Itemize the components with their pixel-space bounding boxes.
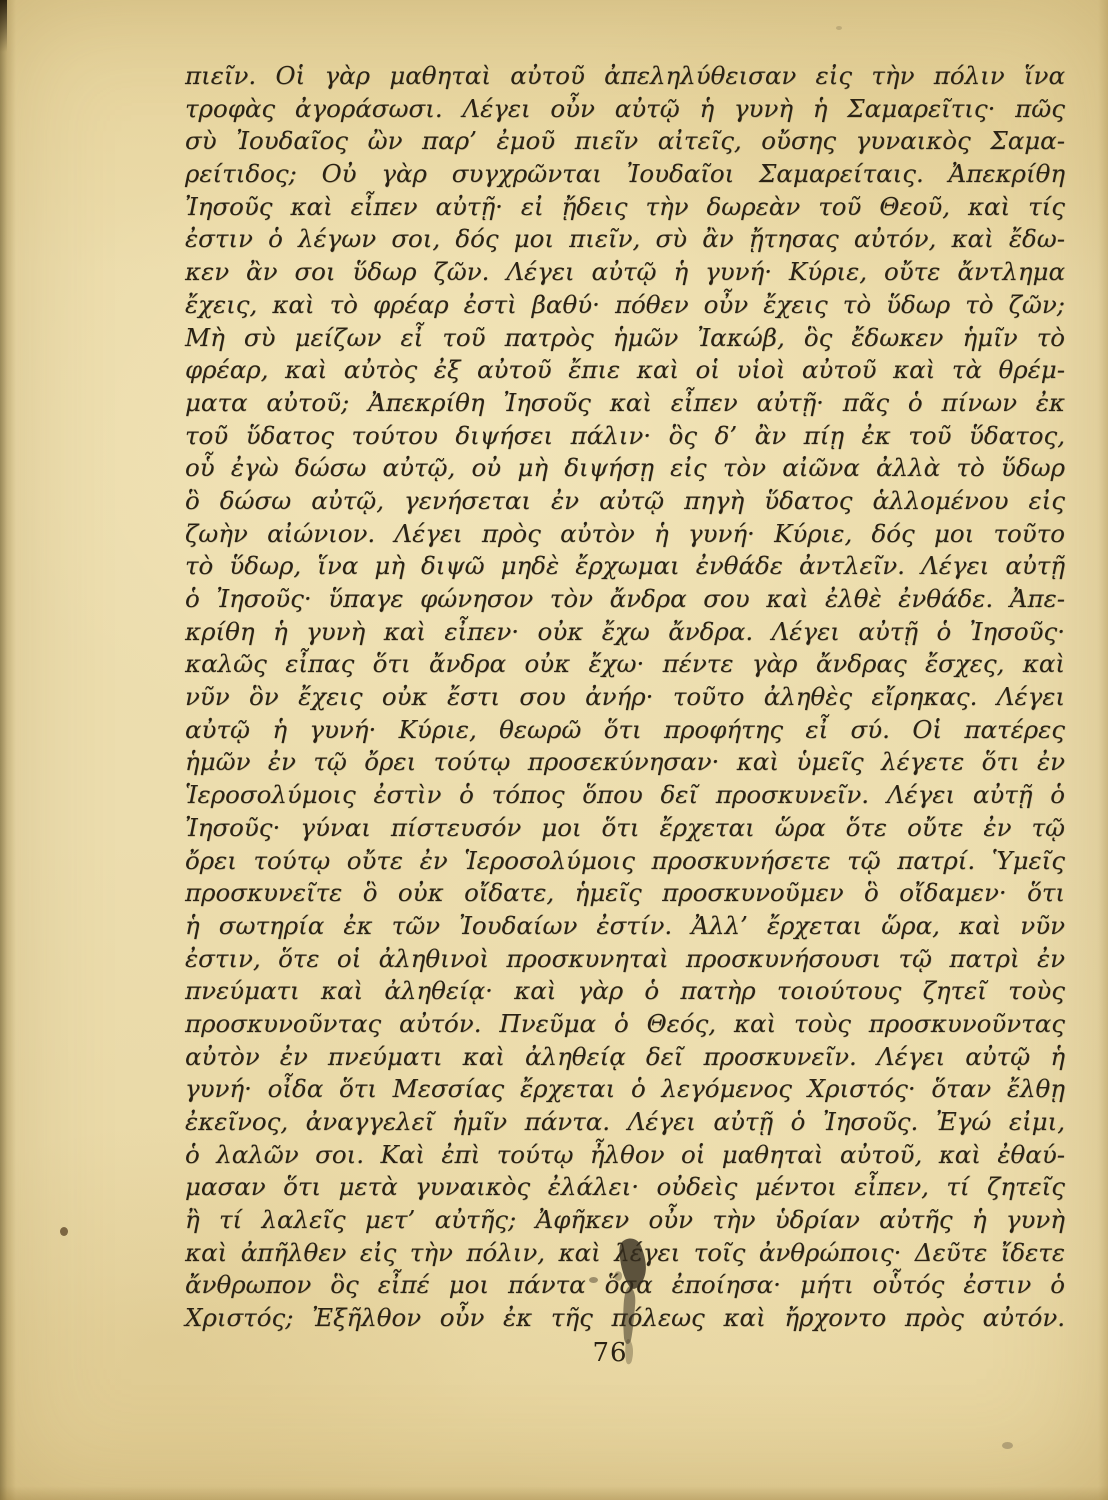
text-line: ἐστιν ὁ λέγων σοι, δός μοι πιεῖν, σὺ ἂν … — [185, 223, 1065, 256]
page-right-edge-shadow — [1098, 0, 1108, 1500]
greek-text-block: πιεῖν. Οἱ γὰρ μαθηταὶ αὐτοῦ ἀπεληλύθεισα… — [185, 60, 1065, 1335]
text-line: φρέαρ, καὶ αὐτὸς ἐξ αὐτοῦ ἔπιε καὶ οἱ υἱ… — [185, 354, 1065, 387]
text-line: αὐτῷ ἡ γυνή· Κύριε, θεωρῶ ὅτι προφήτης ε… — [185, 714, 1065, 747]
page-bottom-edge-shadow — [0, 1486, 1108, 1500]
text-line: ἄνθρωπον ὃς εἶπέ μοι πάντα ὅσα ἐποίησα· … — [185, 1269, 1065, 1302]
text-line: ἔχεις, καὶ τὸ φρέαρ ἐστὶ βαθύ· πόθεν οὖν… — [185, 289, 1065, 322]
text-line: Ἰησοῦς καὶ εἶπεν αὐτῇ· εἰ ᾔδεις τὴν δωρε… — [185, 191, 1065, 224]
text-line: οὗ ἐγὼ δώσω αὐτῷ, οὐ μὴ διψήσῃ εἰς τὸν α… — [185, 452, 1065, 485]
text-line: τροφὰς ἀγοράσωσι. Λέγει οὖν αὐτῷ ἡ γυνὴ … — [185, 93, 1065, 126]
text-line: ὃ δώσω αὐτῷ, γενήσεται ἐν αὐτῷ πηγὴ ὕδατ… — [185, 485, 1065, 518]
text-line: ζωὴν αἰώνιον. Λέγει πρὸς αὐτὸν ἡ γυνή· Κ… — [185, 518, 1065, 551]
text-line: γυνή· οἶδα ὅτι Μεσσίας ἔρχεται ὁ λεγόμεν… — [185, 1073, 1065, 1106]
text-line: ἡμῶν ἐν τῷ ὄρει τούτῳ προσεκύνησαν· καὶ … — [185, 746, 1065, 779]
text-line: πνεύματι καὶ ἀληθείᾳ· καὶ γὰρ ὁ πατὴρ το… — [185, 975, 1065, 1008]
text-line: ἢ τί λαλεῖς μετ’ αὐτῆς; Ἀφῆκεν οὖν τὴν ὑ… — [185, 1204, 1065, 1237]
text-line: Ἱεροσολύμοις ἐστὶν ὁ τόπος ὅπου δεῖ προσ… — [185, 779, 1065, 812]
text-line: ρείτιδος; Οὐ γὰρ συγχρῶνται Ἰουδαῖοι Σαμ… — [185, 158, 1065, 191]
page-left-edge-shadow — [0, 0, 16, 1500]
text-line: κρίθη ἡ γυνὴ καὶ εἶπεν· οὐκ ἔχω ἄνδρα. Λ… — [185, 616, 1065, 649]
text-line: πιεῖν. Οἱ γὰρ μαθηταὶ αὐτοῦ ἀπεληλύθεισα… — [185, 60, 1065, 93]
text-line: καλῶς εἶπας ὅτι ἄνδρα οὐκ ἔχω· πέντε γὰρ… — [185, 648, 1065, 681]
page-number: 76 — [170, 1338, 1050, 1368]
text-line: τοῦ ὕδατος τούτου διψήσει πάλιν· ὃς δ’ ἂ… — [185, 420, 1065, 453]
text-line: τὸ ὕδωρ, ἵνα μὴ διψῶ μηδὲ ἔρχωμαι ἐνθάδε… — [185, 550, 1065, 583]
text-line: μασαν ὅτι μετὰ γυναικὸς ἐλάλει· οὐδεὶς μ… — [185, 1171, 1065, 1204]
text-line: ἐστιν, ὅτε οἱ ἀληθινοὶ προσκυνηταὶ προσκ… — [185, 943, 1065, 976]
text-line: ἡ σωτηρία ἐκ τῶν Ἰουδαίων ἐστίν. Ἀλλ’ ἔρ… — [185, 910, 1065, 943]
text-line: Μὴ σὺ μείζων εἶ τοῦ πατρὸς ἡμῶν Ἰακώβ, ὃ… — [185, 322, 1065, 355]
text-line: ματα αὐτοῦ; Ἀπεκρίθη Ἰησοῦς καὶ εἶπεν αὐ… — [185, 387, 1065, 420]
page-left-top-edge-dark — [0, 0, 7, 52]
text-line: Χριστός; Ἐξῆλθον οὖν ἐκ τῆς πόλεως καὶ ἤ… — [185, 1302, 1065, 1335]
text-line: κεν ἂν σοι ὕδωρ ζῶν. Λέγει αὐτῷ ἡ γυνή· … — [185, 256, 1065, 289]
text-line: καὶ ἀπῆλθεν εἰς τὴν πόλιν, καὶ λέγει τοῖ… — [185, 1237, 1065, 1270]
text-line: ὁ λαλῶν σοι. Καὶ ἐπὶ τούτῳ ἦλθον οἱ μαθη… — [185, 1139, 1065, 1172]
text-line: προσκυνοῦντας αὐτόν. Πνεῦμα ὁ Θεός, καὶ … — [185, 1008, 1065, 1041]
text-line: ὄρει τούτῳ οὔτε ἐν Ἱεροσολύμοις προσκυνή… — [185, 845, 1065, 878]
text-line: Ἰησοῦς· γύναι πίστευσόν μοι ὅτι ἔρχεται … — [185, 812, 1065, 845]
text-line: ὁ Ἰησοῦς· ὕπαγε φώνησον τὸν ἄνδρα σου κα… — [185, 583, 1065, 616]
text-line: νῦν ὃν ἔχεις οὐκ ἔστι σου ἀνήρ· τοῦτο ἀλ… — [185, 681, 1065, 714]
text-line: προσκυνεῖτε ὃ οὐκ οἴδατε, ἡμεῖς προσκυνο… — [185, 877, 1065, 910]
text-line: ἐκεῖνος, ἀναγγελεῖ ἡμῖν πάντα. Λέγει αὐτ… — [185, 1106, 1065, 1139]
text-line: αὐτὸν ἐν πνεύματι καὶ ἀληθείᾳ δεῖ προσκυ… — [185, 1041, 1065, 1074]
text-line: σὺ Ἰουδαῖος ὢν παρ’ ἐμοῦ πιεῖν αἰτεῖς, ο… — [185, 125, 1065, 158]
